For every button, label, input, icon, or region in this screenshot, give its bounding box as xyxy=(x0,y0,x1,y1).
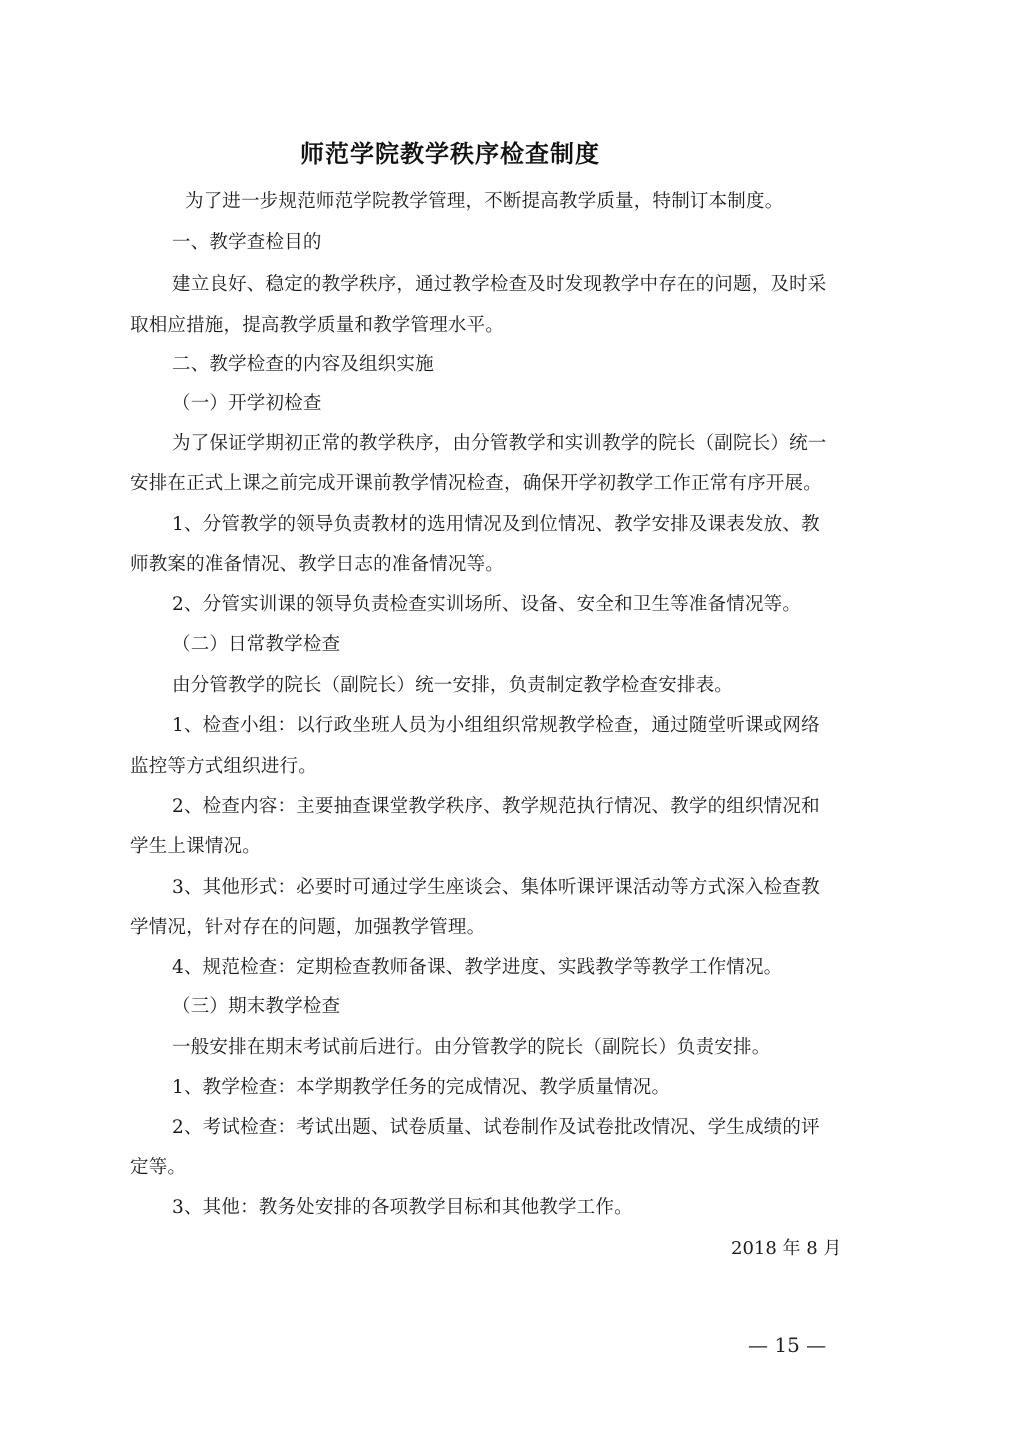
list-item: 2、检查内容：主要抽查课堂教学秩序、教学规范执行情况、教学的组织情况和 xyxy=(172,792,820,818)
list-item: 2、考试检查：考试出题、试卷质量、试卷制作及试卷批改情况、学生成绩的评 xyxy=(172,1113,820,1139)
list-item-continuation: 定等。 xyxy=(130,1153,186,1179)
paragraph-line: 一般安排在期末考试前后进行。由分管教学的院长（副院长）负责安排。 xyxy=(172,1033,770,1059)
paragraph-line: 取相应措施，提高教学质量和教学管理水平。 xyxy=(130,311,504,337)
list-item: 2、分管实训课的领导负责检查实训场所、设备、安全和卫生等准备情况等。 xyxy=(172,590,801,616)
paragraph-line: 由分管教学的院长（副院长）统一安排，负责制定教学检查安排表。 xyxy=(172,671,733,697)
list-item: 3、其他：教务处安排的各项教学目标和其他教学工作。 xyxy=(172,1193,633,1219)
list-item-continuation: 学生上课情况。 xyxy=(130,832,261,858)
list-item-continuation: 师教案的准备情况、教学日志的准备情况等。 xyxy=(130,550,504,576)
paragraph-line: 安排在正式上课之前完成开课前教学情况检查，确保开学初教学工作正常有序开展。 xyxy=(130,469,822,495)
list-item: 4、规范检查：定期检查教师备课、教学进度、实践教学等教学工作情况。 xyxy=(172,953,782,979)
list-item: 1、分管教学的领导负责教材的选用情况及到位情况、教学安排及课表发放、教 xyxy=(172,510,820,536)
document-date: 2018 年 8 月 xyxy=(731,1234,841,1260)
paragraph-line: 建立良好、稳定的教学秩序，通过教学检查及时发现教学中存在的问题，及时采 xyxy=(172,270,827,296)
section-heading-1: 一、教学查检目的 xyxy=(172,228,322,254)
section-heading-2: 二、教学检查的内容及组织实施 xyxy=(172,350,434,376)
paragraph-line: 为了保证学期初正常的教学秩序，由分管教学和实训教学的院长（副院长）统一 xyxy=(172,429,827,455)
subsection-heading-3: （三）期末教学检查 xyxy=(172,992,340,1018)
list-item: 1、检查小组：以行政坐班人员为小组组织常规教学检查，通过随堂听课或网络 xyxy=(172,711,820,737)
list-item: 3、其他形式：必要时可通过学生座谈会、集体听课评课活动等方式深入检查教 xyxy=(172,873,820,899)
intro-paragraph: 为了进一步规范师范学院教学管理，不断提高教学质量，特制订本制度。 xyxy=(185,187,783,213)
document-page: 师范学院教学秩序检查制度 为了进一步规范师范学院教学管理，不断提高教学质量，特制… xyxy=(0,0,1024,1448)
page-number: — 15 — xyxy=(748,1333,826,1357)
list-item-continuation: 学情况，针对存在的问题，加强教学管理。 xyxy=(130,913,485,939)
document-title: 师范学院教学秩序检查制度 xyxy=(300,134,600,169)
subsection-heading-1: （一）开学初检查 xyxy=(172,389,322,415)
subsection-heading-2: （二）日常教学检查 xyxy=(172,630,340,656)
list-item-continuation: 监控等方式组织进行。 xyxy=(130,752,317,778)
list-item: 1、教学检查：本学期教学任务的完成情况、教学质量情况。 xyxy=(172,1073,670,1099)
